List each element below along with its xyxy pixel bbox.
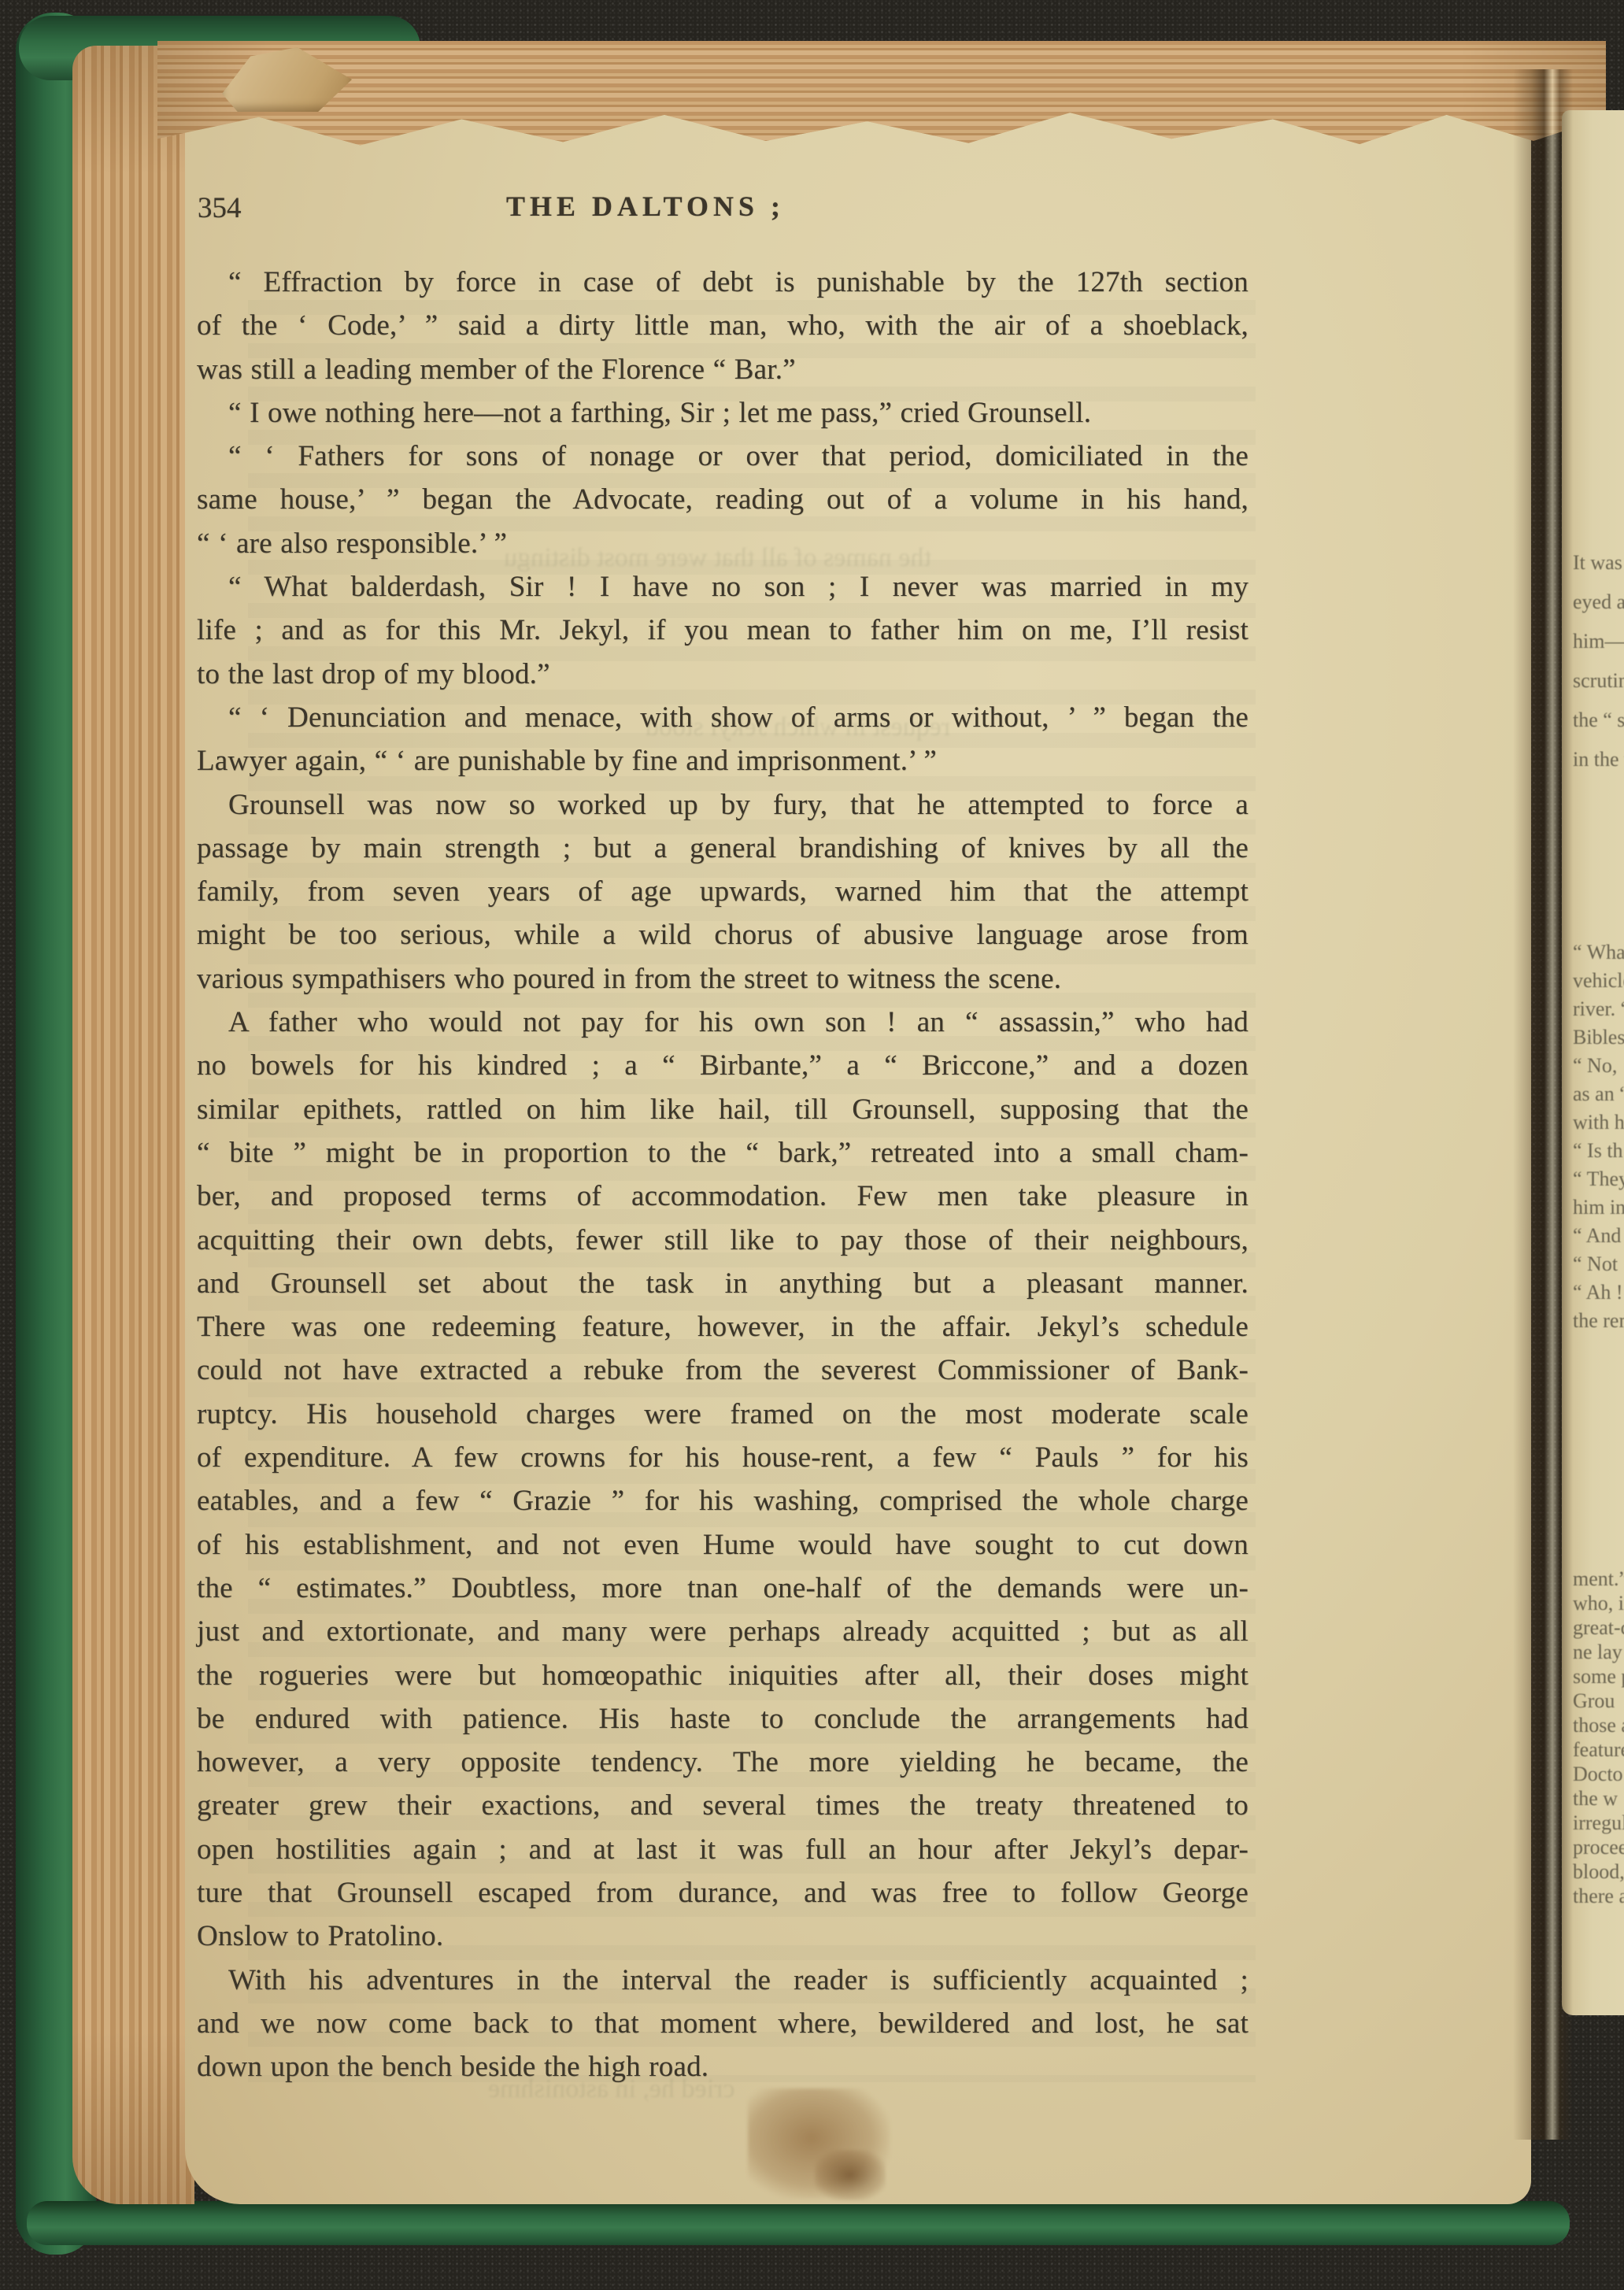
text-line: eatables, and a few “ Grazie ” for his w… xyxy=(197,1479,1249,1522)
text-line: ture that Grounsell escaped from durance… xyxy=(197,1871,1249,1914)
next-page-text-fragment: him—a pr xyxy=(1573,622,1624,661)
text-line: various sympathisers who poured in from … xyxy=(197,957,1249,1001)
book-page: the names of all that were most distingu… xyxy=(185,75,1531,2204)
running-header: THE DALTONS ; xyxy=(488,190,803,223)
next-page-text-fragment: “ And xyxy=(1573,1222,1624,1250)
next-page-fragments-top: It was aeyed at thim—a prscrutiny—the “ … xyxy=(1573,543,1624,779)
next-page-text-fragment: “ Is th xyxy=(1573,1137,1624,1165)
text-line: might be too serious, while a wild choru… xyxy=(197,913,1249,956)
next-page-text-fragment: blood, xyxy=(1573,1859,1624,1884)
next-page-text-fragment: river. “ xyxy=(1573,995,1624,1023)
next-page-text-fragment: irregul xyxy=(1573,1811,1624,1835)
text-line: acquitting their own debts, fewer still … xyxy=(197,1219,1249,1262)
text-line: was still a leading member of the Floren… xyxy=(197,348,1249,391)
text-line: “ Effraction by force in case of debt is… xyxy=(197,261,1249,304)
text-line: just and extortionate, and many were per… xyxy=(197,1610,1249,1653)
next-page-text-fragment: procee xyxy=(1573,1835,1624,1859)
next-page-text-fragment: scrutiny— xyxy=(1573,661,1624,701)
text-line: could not have extracted a rebuke from t… xyxy=(197,1348,1249,1392)
photo-background: the names of all that were most distingu… xyxy=(0,0,1624,2290)
text-line: With his adventures in the interval the … xyxy=(197,1959,1249,2002)
next-page-text-fragment: ment.” xyxy=(1573,1567,1624,1591)
text-line: similar epithets, rattled on him like ha… xyxy=(197,1088,1249,1131)
text-line: of the ‘ Code,’ ” said a dirty little ma… xyxy=(197,304,1249,347)
next-page-text-fragment: “ Ah ! xyxy=(1573,1278,1624,1307)
next-page-fragments-bottom: ment.”who, ingreat-cone lay atsome piGro… xyxy=(1573,1567,1624,1908)
next-page-text-fragment: Grou xyxy=(1573,1689,1624,1713)
next-page-text-fragment: him into xyxy=(1573,1193,1624,1222)
text-line: open hostilities again ; and at last it … xyxy=(197,1828,1249,1871)
text-line: There was one redeeming feature, however… xyxy=(197,1305,1249,1348)
text-line: Onslow to Pratolino. xyxy=(197,1914,1249,1958)
text-line: “ ‘ are also responsible.’ ” xyxy=(197,522,1249,565)
text-line: life ; and as for this Mr. Jekyl, if you… xyxy=(197,609,1249,652)
next-page-text-fragment: great-co xyxy=(1573,1615,1624,1640)
next-page-text-fragment: the w xyxy=(1573,1786,1624,1811)
text-line: ber, and proposed terms of accommodation… xyxy=(197,1175,1249,1218)
next-page-text-fragment: “ No, xyxy=(1573,1052,1624,1080)
text-line: of his establishment, and not even Hume … xyxy=(197,1523,1249,1567)
body-text: “ Effraction by force in case of debt is… xyxy=(197,261,1249,2088)
text-line: Lawyer again, “ ‘ are punishable by fine… xyxy=(197,739,1249,782)
text-line: the “ estimates.” Doubtless, more tnan o… xyxy=(197,1567,1249,1610)
text-line: “ What balderdash, Sir ! I have no son ;… xyxy=(197,565,1249,609)
text-line: A father who would not pay for his own s… xyxy=(197,1001,1249,1044)
text-line: “ ‘ Fathers for sons of nonage or over t… xyxy=(197,435,1249,478)
next-page-text-fragment: there a xyxy=(1573,1884,1624,1908)
next-page-text-fragment: Docto xyxy=(1573,1762,1624,1786)
text-line: down upon the bench beside the high road… xyxy=(197,2045,1249,2088)
next-page-text-fragment: feature xyxy=(1573,1737,1624,1762)
next-page-text-fragment: “ What xyxy=(1573,938,1624,967)
text-line: “ bite ” might be in proportion to the “… xyxy=(197,1131,1249,1175)
page-edges-left xyxy=(72,46,194,2204)
next-page-text-fragment: It was a xyxy=(1573,543,1624,583)
next-page-text-fragment: who, in xyxy=(1573,1591,1624,1615)
text-line: “ I owe nothing here—not a farthing, Sir… xyxy=(197,391,1249,435)
next-page-text-fragment: the rema xyxy=(1573,1307,1624,1335)
text-line: and we now come back to that moment wher… xyxy=(197,2002,1249,2045)
text-line: of expenditure. A few crowns for his hou… xyxy=(197,1436,1249,1479)
text-line: to the last drop of my blood.” xyxy=(197,653,1249,696)
text-line: ruptcy. His household charges were frame… xyxy=(197,1393,1249,1436)
text-line: however, a very opposite tendency. The m… xyxy=(197,1741,1249,1784)
page-number: 354 xyxy=(198,191,242,225)
next-page-text-fragment: ne lay at xyxy=(1573,1640,1624,1664)
next-page-text-fragment: vehicles, o xyxy=(1573,967,1624,995)
next-page-text-fragment: in the way xyxy=(1573,740,1624,779)
text-line: and Grounsell set about the task in anyt… xyxy=(197,1262,1249,1305)
text-line: the rogueries were but homœopathic iniqu… xyxy=(197,1654,1249,1697)
next-page-text-fragment: with him. xyxy=(1573,1108,1624,1137)
next-page-text-fragment: the “ stupi xyxy=(1573,701,1624,740)
text-line: Grounsell was now so worked up by fury, … xyxy=(197,783,1249,827)
text-line: family, from seven years of age upwards,… xyxy=(197,870,1249,913)
text-line: “ ‘ Denunciation and menace, with show o… xyxy=(197,696,1249,739)
next-page-fragments-middle: “ Whatvehicles, oriver. “Bibles, o“ No,a… xyxy=(1573,938,1624,1335)
paper-stain-small xyxy=(815,2150,886,2200)
text-line: no bowels for his kindred ; a “ Birbante… xyxy=(197,1044,1249,1087)
next-page-text-fragment: “ They xyxy=(1573,1165,1624,1193)
next-page-text-fragment: Bibles, o xyxy=(1573,1023,1624,1052)
text-line: greater grew their exactions, and severa… xyxy=(197,1784,1249,1827)
text-line: same house,’ ” began the Advocate, readi… xyxy=(197,478,1249,521)
text-line: be endured with patience. His haste to c… xyxy=(197,1697,1249,1741)
page-gutter-shadow xyxy=(1513,69,1573,2140)
book-cover-binding-bottom xyxy=(27,2201,1570,2245)
next-page-text-fragment: as an “ a xyxy=(1573,1080,1624,1108)
next-page-text-fragment: some pi xyxy=(1573,1664,1624,1689)
text-line: passage by main strength ; but a general… xyxy=(197,827,1249,870)
next-page-text-fragment: “ Not xyxy=(1573,1250,1624,1278)
next-page-text-fragment: those a xyxy=(1573,1713,1624,1737)
next-page-text-fragment: eyed at t xyxy=(1573,583,1624,622)
